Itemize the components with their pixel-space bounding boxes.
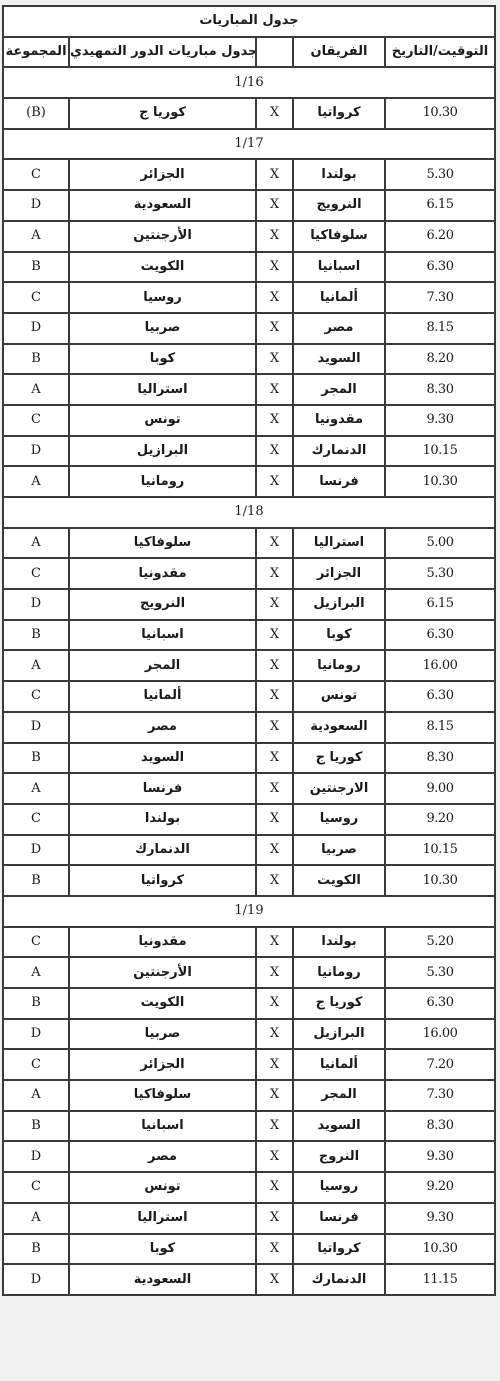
match-row: BاسبانياXالسويد8.30 (3, 1111, 495, 1142)
team2-cell: استراليا (69, 1203, 256, 1234)
group-cell: C (3, 927, 69, 958)
group-cell: B (3, 865, 69, 896)
vs-cell: X (256, 957, 293, 988)
time-cell: 9.00 (385, 773, 495, 804)
date-row: 1/17 (3, 129, 495, 160)
time-cell: 10.15 (385, 835, 495, 866)
vs-cell: X (256, 589, 293, 620)
group-cell: C (3, 1049, 69, 1080)
match-row: CبولنداXروسيا9.20 (3, 804, 495, 835)
match-row: DالبرازيلXالدنمارك10.15 (3, 436, 495, 467)
group-cell: D (3, 1019, 69, 1050)
header-time: التوقيت/التاريخ (385, 37, 495, 68)
vs-cell: X (256, 1111, 293, 1142)
match-row: DصربياXالبرازيل16.00 (3, 1019, 495, 1050)
team2-cell: استراليا (69, 374, 256, 405)
vs-cell: X (256, 1019, 293, 1050)
match-row: DالدنماركXصربيا10.15 (3, 835, 495, 866)
team1-cell: رومانيا (293, 650, 385, 681)
group-cell: A (3, 1080, 69, 1111)
vs-cell: X (256, 927, 293, 958)
team1-cell: بولندا (293, 927, 385, 958)
team2-cell: بولندا (69, 804, 256, 835)
time-cell: 5.30 (385, 159, 495, 190)
vs-cell: X (256, 1203, 293, 1234)
vs-cell: X (256, 221, 293, 252)
match-row: BاسبانياXكوبا6.30 (3, 620, 495, 651)
match-row: CالجزائرXبولندا5.30 (3, 159, 495, 190)
time-cell: 9.30 (385, 1141, 495, 1172)
team2-cell: السويد (69, 743, 256, 774)
time-cell: 6.30 (385, 681, 495, 712)
group-cell: A (3, 466, 69, 497)
team2-cell: المجر (69, 650, 256, 681)
match-row: CألمانياXتونس6.30 (3, 681, 495, 712)
group-cell: D (3, 313, 69, 344)
group-cell: B (3, 1234, 69, 1265)
time-cell: 8.30 (385, 1111, 495, 1142)
group-cell: B (3, 252, 69, 283)
team1-cell: المجر (293, 1080, 385, 1111)
team2-cell: النرويج (69, 589, 256, 620)
team1-cell: ألمانيا (293, 282, 385, 313)
match-row: AرومانياXفرنسا10.30 (3, 466, 495, 497)
group-cell: A (3, 221, 69, 252)
vs-cell: X (256, 865, 293, 896)
vs-cell: X (256, 804, 293, 835)
team1-cell: كوبا (293, 620, 385, 651)
match-row: AالمجرXرومانيا16.00 (3, 650, 495, 681)
group-cell: C (3, 681, 69, 712)
group-cell: A (3, 528, 69, 559)
time-cell: 9.30 (385, 405, 495, 436)
vs-cell: X (256, 436, 293, 467)
section-date: 1/18 (3, 497, 495, 528)
group-cell: B (3, 988, 69, 1019)
team1-cell: اسبانيا (293, 252, 385, 283)
time-cell: 9.20 (385, 804, 495, 835)
date-row: 1/19 (3, 896, 495, 927)
match-row: CتونسXمقدونيا9.30 (3, 405, 495, 436)
team2-cell: صربيا (69, 1019, 256, 1050)
team2-cell: البرازيل (69, 436, 256, 467)
vs-cell: X (256, 98, 293, 129)
group-cell: A (3, 1203, 69, 1234)
section-date: 1/17 (3, 129, 495, 160)
team2-cell: فرنسا (69, 773, 256, 804)
team2-cell: مقدونيا (69, 558, 256, 589)
team2-cell: تونس (69, 1172, 256, 1203)
team2-cell: رومانيا (69, 466, 256, 497)
time-cell: 7.30 (385, 282, 495, 313)
team1-cell: كرواتيا (293, 1234, 385, 1265)
team1-cell: السويد (293, 344, 385, 375)
team2-cell: الجزائر (69, 1049, 256, 1080)
group-cell: A (3, 773, 69, 804)
vs-cell: X (256, 1049, 293, 1080)
schedule-sheet: جدول المباريات المجموعة جدول مباريات الد… (2, 5, 494, 1296)
team2-cell: اسبانيا (69, 1111, 256, 1142)
match-row: CمقدونياXالجزائر5.30 (3, 558, 495, 589)
vs-cell: X (256, 374, 293, 405)
vs-cell: X (256, 650, 293, 681)
group-cell: A (3, 374, 69, 405)
table-title: جدول المباريات (3, 6, 495, 37)
time-cell: 6.30 (385, 620, 495, 651)
match-row: BالكويتXاسبانيا6.30 (3, 252, 495, 283)
group-cell: B (3, 620, 69, 651)
title-row: جدول المباريات (3, 6, 495, 37)
match-row: BكوباXالسويد8.20 (3, 344, 495, 375)
time-cell: 6.30 (385, 252, 495, 283)
vs-cell: X (256, 681, 293, 712)
match-row: AاسترالياXالمجر8.30 (3, 374, 495, 405)
time-cell: 6.30 (385, 988, 495, 1019)
match-row: AفرنساXالارجنتين9.00 (3, 773, 495, 804)
team1-cell: بولندا (293, 159, 385, 190)
schedule-body: جدول المباريات المجموعة جدول مباريات الد… (3, 6, 495, 1295)
time-cell: 11.15 (385, 1264, 495, 1295)
time-cell: 8.30 (385, 374, 495, 405)
vs-cell: X (256, 528, 293, 559)
match-row: CمقدونياXبولندا5.20 (3, 927, 495, 958)
team1-cell: مصر (293, 313, 385, 344)
vs-cell: X (256, 1172, 293, 1203)
team2-cell: الأرجنتين (69, 221, 256, 252)
vs-cell: X (256, 835, 293, 866)
vs-cell: X (256, 988, 293, 1019)
team1-cell: البرازيل (293, 589, 385, 620)
team2-cell: صربيا (69, 313, 256, 344)
match-row: (B)كوريا جXكرواتيا10.30 (3, 98, 495, 129)
team1-cell: كرواتيا (293, 98, 385, 129)
team2-cell: كوبا (69, 1234, 256, 1265)
team2-cell: مصر (69, 1141, 256, 1172)
team1-cell: روسيا (293, 1172, 385, 1203)
time-cell: 8.15 (385, 712, 495, 743)
team1-cell: الجزائر (293, 558, 385, 589)
vs-cell: X (256, 282, 293, 313)
match-row: DصربياXمصر8.15 (3, 313, 495, 344)
team1-cell: البرازيل (293, 1019, 385, 1050)
match-row: CتونسXروسيا9.20 (3, 1172, 495, 1203)
vs-cell: X (256, 1234, 293, 1265)
team1-cell: الارجنتين (293, 773, 385, 804)
time-cell: 6.15 (385, 190, 495, 221)
team1-cell: سلوفاكيا (293, 221, 385, 252)
team2-cell: الجزائر (69, 159, 256, 190)
time-cell: 10.30 (385, 466, 495, 497)
team2-cell: سلوفاكيا (69, 528, 256, 559)
date-row: 1/18 (3, 497, 495, 528)
team1-cell: مقدونيا (293, 405, 385, 436)
team2-cell: كوبا (69, 344, 256, 375)
time-cell: 7.20 (385, 1049, 495, 1080)
section-date: 1/16 (3, 67, 495, 98)
group-cell: D (3, 589, 69, 620)
match-row: AاسترالياXفرنسا9.30 (3, 1203, 495, 1234)
team1-cell: الدنمارك (293, 436, 385, 467)
header-vs (256, 37, 293, 68)
vs-cell: X (256, 1264, 293, 1295)
match-row: BالسويدXكوريا ج8.30 (3, 743, 495, 774)
team1-cell: روسيا (293, 804, 385, 835)
team1-cell: استراليا (293, 528, 385, 559)
team1-cell: تونس (293, 681, 385, 712)
match-row: DالسعوديةXالدنمارك11.15 (3, 1264, 495, 1295)
team1-cell: السعودية (293, 712, 385, 743)
time-cell: 16.00 (385, 1019, 495, 1050)
time-cell: 7.30 (385, 1080, 495, 1111)
group-cell: (B) (3, 98, 69, 129)
group-cell: A (3, 650, 69, 681)
match-row: BكوباXكرواتيا10.30 (3, 1234, 495, 1265)
team1-cell: كوريا ج (293, 743, 385, 774)
team1-cell: كوريا ج (293, 988, 385, 1019)
vs-cell: X (256, 466, 293, 497)
group-cell: D (3, 190, 69, 221)
group-cell: C (3, 282, 69, 313)
time-cell: 16.00 (385, 650, 495, 681)
vs-cell: X (256, 313, 293, 344)
vs-cell: X (256, 1080, 293, 1111)
time-cell: 9.30 (385, 1203, 495, 1234)
team2-cell: الدنمارك (69, 835, 256, 866)
match-row: DمصرXالنروج9.30 (3, 1141, 495, 1172)
team1-cell: رومانيا (293, 957, 385, 988)
team1-cell: فرنسا (293, 466, 385, 497)
match-row: DالنرويجXالبرازيل6.15 (3, 589, 495, 620)
group-cell: C (3, 159, 69, 190)
team1-cell: السويد (293, 1111, 385, 1142)
match-row: AسلوفاكياXاستراليا5.00 (3, 528, 495, 559)
team1-cell: المجر (293, 374, 385, 405)
team2-cell: ألمانيا (69, 681, 256, 712)
vs-cell: X (256, 712, 293, 743)
group-cell: B (3, 743, 69, 774)
match-row: DمصرXالسعودية8.15 (3, 712, 495, 743)
team2-cell: اسبانيا (69, 620, 256, 651)
vs-cell: X (256, 1141, 293, 1172)
time-cell: 5.30 (385, 957, 495, 988)
team2-cell: السعودية (69, 1264, 256, 1295)
time-cell: 9.20 (385, 1172, 495, 1203)
match-row: BالكويتXكوريا ج6.30 (3, 988, 495, 1019)
match-schedule-table: جدول المباريات المجموعة جدول مباريات الد… (2, 5, 496, 1296)
team1-cell: الكويت (293, 865, 385, 896)
section-date: 1/19 (3, 896, 495, 927)
match-row: AسلوفاكياXالمجر7.30 (3, 1080, 495, 1111)
time-cell: 8.20 (385, 344, 495, 375)
group-cell: D (3, 1141, 69, 1172)
vs-cell: X (256, 190, 293, 221)
team2-cell: السعودية (69, 190, 256, 221)
vs-cell: X (256, 773, 293, 804)
date-row: 1/16 (3, 67, 495, 98)
header-row: المجموعة جدول مباريات الدور التمهيدي الف… (3, 37, 495, 68)
group-cell: D (3, 436, 69, 467)
team1-cell: صربيا (293, 835, 385, 866)
team2-cell: مصر (69, 712, 256, 743)
group-cell: C (3, 558, 69, 589)
team2-cell: الكويت (69, 988, 256, 1019)
time-cell: 8.15 (385, 313, 495, 344)
team1-cell: النرويج (293, 190, 385, 221)
time-cell: 5.30 (385, 558, 495, 589)
match-row: AالأرجنتينXسلوفاكيا6.20 (3, 221, 495, 252)
time-cell: 5.20 (385, 927, 495, 958)
team2-cell: كرواتيا (69, 865, 256, 896)
vs-cell: X (256, 743, 293, 774)
time-cell: 10.30 (385, 1234, 495, 1265)
team2-cell: كوريا ج (69, 98, 256, 129)
team2-cell: الكويت (69, 252, 256, 283)
team2-cell: الأرجنتين (69, 957, 256, 988)
time-cell: 10.30 (385, 865, 495, 896)
match-row: BكرواتياXالكويت10.30 (3, 865, 495, 896)
group-cell: C (3, 804, 69, 835)
team2-cell: روسيا (69, 282, 256, 313)
time-cell: 8.30 (385, 743, 495, 774)
match-row: DالسعوديةXالنرويج6.15 (3, 190, 495, 221)
vs-cell: X (256, 252, 293, 283)
vs-cell: X (256, 159, 293, 190)
team2-cell: تونس (69, 405, 256, 436)
group-cell: A (3, 957, 69, 988)
group-cell: C (3, 1172, 69, 1203)
team1-cell: ألمانيا (293, 1049, 385, 1080)
group-cell: C (3, 405, 69, 436)
group-cell: B (3, 1111, 69, 1142)
time-cell: 5.00 (385, 528, 495, 559)
vs-cell: X (256, 344, 293, 375)
header-group: المجموعة (3, 37, 69, 68)
time-cell: 10.30 (385, 98, 495, 129)
time-cell: 6.20 (385, 221, 495, 252)
group-cell: D (3, 712, 69, 743)
match-row: CروسياXألمانيا7.30 (3, 282, 495, 313)
vs-cell: X (256, 405, 293, 436)
vs-cell: X (256, 620, 293, 651)
vs-cell: X (256, 558, 293, 589)
time-cell: 6.15 (385, 589, 495, 620)
team2-cell: سلوفاكيا (69, 1080, 256, 1111)
match-row: CالجزائرXألمانيا7.20 (3, 1049, 495, 1080)
match-row: AالأرجنتينXرومانيا5.30 (3, 957, 495, 988)
team1-cell: فرنسا (293, 1203, 385, 1234)
header-schedule: جدول مباريات الدور التمهيدي (69, 37, 256, 68)
group-cell: D (3, 1264, 69, 1295)
group-cell: B (3, 344, 69, 375)
team1-cell: النروج (293, 1141, 385, 1172)
team1-cell: الدنمارك (293, 1264, 385, 1295)
time-cell: 10.15 (385, 436, 495, 467)
group-cell: D (3, 835, 69, 866)
header-teams: الفريقان (293, 37, 385, 68)
team2-cell: مقدونيا (69, 927, 256, 958)
